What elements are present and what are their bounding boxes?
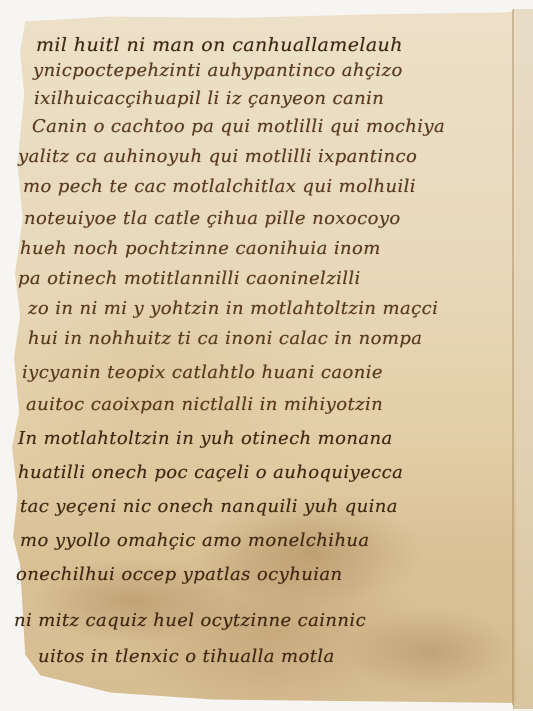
manuscript-line: mo pech te cac motlalchitlax qui molhuil… [23,176,416,197]
manuscript-line: tac yeçeni nic onech nanquili yuh quina [20,496,398,517]
manuscript-line: hui in nohhuitz ti ca inoni calac in nom… [28,328,422,349]
manuscript-line: mil huitl ni man on canhuallamelauh [36,34,403,56]
manuscript-line: ni mitz caquiz huel ocytzinne cainnic [14,610,366,631]
manuscript-line: zo in ni mi y yohtzin in motlahtoltzin m… [28,298,438,319]
manuscript-line: yalitz ca auhinoyuh qui motlilli ixpanti… [18,146,417,167]
manuscript-line: uitos in tlenxic o tihualla motla [38,646,335,667]
manuscript-line: Canin o cachtoo pa qui motlilli qui moch… [32,116,445,137]
manuscript-line: ixilhuicacçihuapil li iz çanyeon canin [34,88,384,109]
manuscript-scan: mil huitl ni man on canhuallamelauh ynic… [0,0,533,711]
manuscript-line: mo yyollo omahçic amo monelchihua [20,530,370,551]
manuscript-line: ynicpoctepehzinti auhypantinco ahçizo [33,60,403,81]
manuscript-line: noteuiyoe tla catle çihua pille noxocoyo [24,208,401,229]
handwritten-text-block: mil huitl ni man on canhuallamelauh ynic… [0,0,533,711]
manuscript-line: huatilli onech poc caçeli o auhoquiyecca [18,462,403,483]
manuscript-line: pa otinech motitlannilli caoninelzilli [18,268,361,289]
manuscript-line: hueh noch pochtzinne caonihuia inom [20,238,381,259]
manuscript-line: In motlahtoltzin in yuh otinech monana [18,428,393,449]
manuscript-line: onechilhui occep ypatlas ocyhuian [16,564,343,585]
manuscript-line: auitoc caoixpan nictlalli in mihiyotzin [26,394,383,415]
manuscript-line: iycyanin teopix catlahtlo huani caonie [22,362,383,383]
